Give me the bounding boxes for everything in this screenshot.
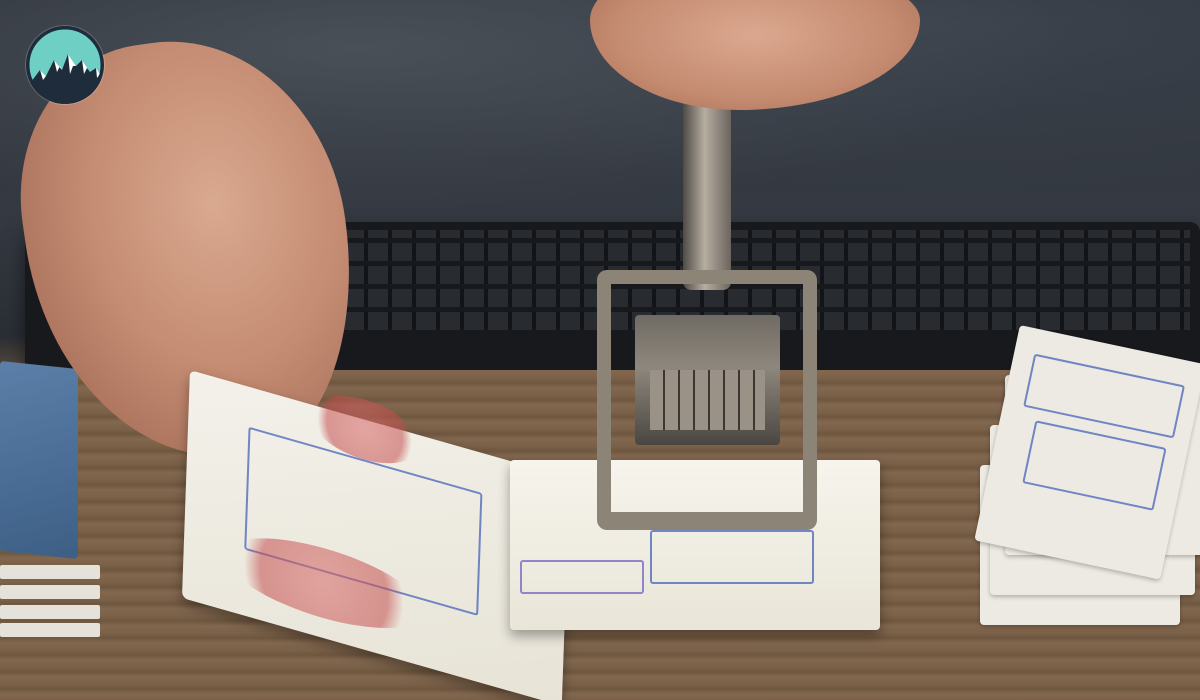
- logo: [26, 26, 104, 104]
- mountain-peaks-badge-icon: [26, 26, 104, 104]
- passport-page: [974, 325, 1200, 580]
- stamper-shaft: [683, 90, 731, 290]
- date-stamp: [1022, 420, 1166, 510]
- passport-page: [0, 623, 100, 637]
- passport-page: [0, 565, 100, 579]
- passport-cover: [0, 361, 78, 559]
- passport-stack-right: [980, 325, 1200, 630]
- stamper-date-bands: [650, 370, 765, 430]
- entry-stamp: [520, 560, 644, 594]
- passport-page: [0, 585, 100, 599]
- passport-stack-left: [0, 365, 100, 640]
- passport-page: [0, 605, 100, 619]
- date-stamper: [595, 90, 820, 535]
- photo-scene: [0, 0, 1200, 700]
- date-stamp: [650, 530, 814, 584]
